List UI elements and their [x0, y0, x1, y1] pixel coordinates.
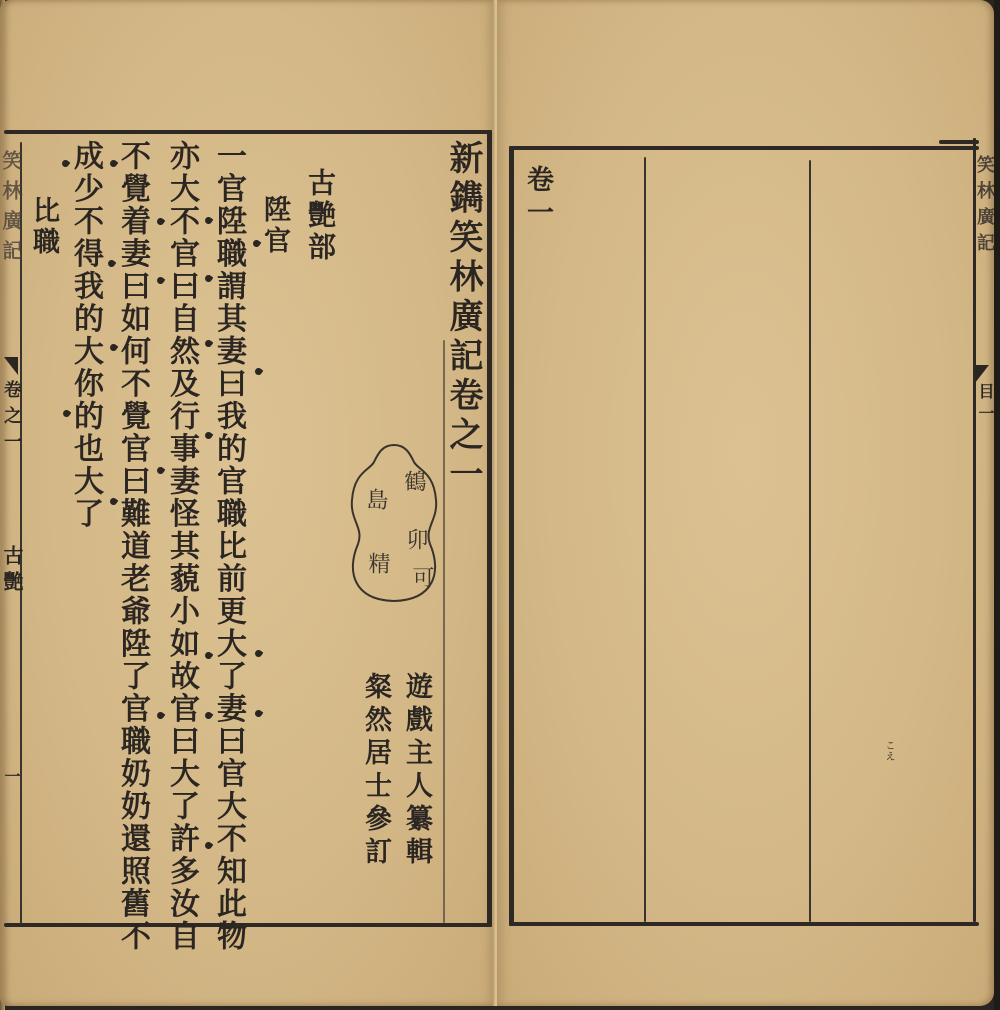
seal-char-2: 卯	[400, 528, 431, 554]
punctuation-dot	[254, 709, 264, 719]
volume-label: 卷一	[524, 165, 551, 231]
fish-tail-mark	[975, 365, 989, 383]
banxin-section: 古艷	[2, 545, 22, 597]
banxin-volume: 卷之一	[2, 380, 20, 458]
compiler-credit: 遊戲主人纂輯	[403, 672, 430, 870]
story-column-2: 亦大不官曰自然及行事妻怪其藐小如故官曰大了許多汝自	[166, 140, 196, 953]
column-divider-1	[644, 157, 646, 922]
frame-top-border	[509, 146, 979, 150]
story-title: 陞官	[261, 195, 288, 257]
frame-right-border	[487, 130, 492, 927]
punctuation-dot	[254, 367, 264, 377]
seal-char-3: 可	[406, 566, 437, 592]
editor-credit: 粲然居士參訂	[362, 672, 389, 870]
banxin-title: 笑林廣記	[1, 150, 21, 270]
left-page: 笑林廣記 卷之一 古艷 一 新鐫笑林廣記卷之一 鶴 卯 可 島 精 遊戲主人纂輯…	[0, 0, 495, 1006]
column-divider-2	[809, 160, 811, 922]
right-page: 卷一 笑林廣記 目一 こえ	[497, 0, 994, 1006]
stray-ink-mark: こえ	[883, 740, 893, 762]
book-spread: 笑林廣記 卷之一 古艷 一 新鐫笑林廣記卷之一 鶴 卯 可 島 精 遊戲主人纂輯…	[0, 0, 1000, 1010]
story-column-1: 一官陞職謂其妻曰我的官職比前更大了妻曰官大不知此物	[213, 140, 243, 953]
punctuation-dot	[254, 649, 264, 659]
frame-bottom-border	[4, 923, 492, 927]
next-story-title: 比職	[30, 196, 57, 258]
banxin-top	[939, 140, 979, 144]
frame-left-border	[509, 146, 514, 926]
story-column-4: 成少不得我的大你的也大了	[70, 140, 100, 530]
seal-char-5: 精	[362, 552, 393, 578]
frame-top-border	[4, 130, 492, 134]
collector-seal: 鶴 卯 可 島 精	[346, 442, 442, 604]
seal-char-1: 鶴	[398, 470, 429, 496]
fish-tail-mark	[4, 357, 18, 375]
story-column-3: 不覺着妻曰如何不覺官曰難道老爺陞了官職奶奶還照舊不	[117, 140, 147, 953]
right-book-edge	[994, 0, 1000, 1010]
seal-char-4: 島	[360, 488, 391, 514]
banxin-title: 笑林廣記	[975, 155, 993, 259]
section-heading: 古艷部	[306, 168, 334, 264]
frame-bottom-border	[509, 922, 979, 926]
banxin-toc-label: 目一	[977, 383, 993, 427]
book-title-column: 新鐫笑林廣記卷之一	[446, 140, 480, 496]
banxin-page-number: 一	[3, 768, 19, 787]
